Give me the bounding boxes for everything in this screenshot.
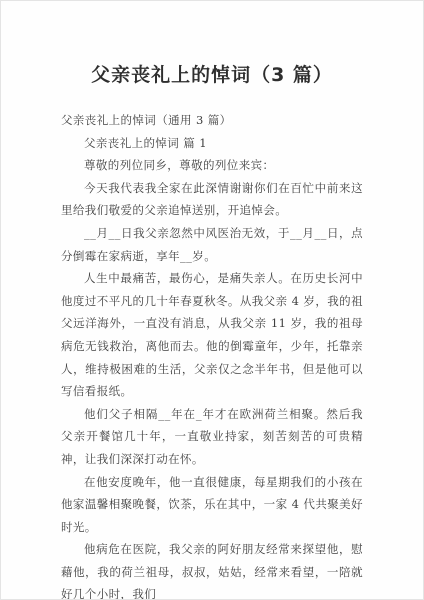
paragraph-subtitle: 父亲丧礼上的悼词（通用 3 篇） [61,109,363,132]
document-body: 父亲丧礼上的悼词（通用 3 篇） 父亲丧礼上的悼词 篇 1 尊敬的列位同乡，尊敬… [61,109,363,600]
paragraph: 他们父子相隔__年在_年才在欧洲荷兰相聚。然后我父亲开餐馆几十年，一直敬业持家，… [61,403,363,471]
paragraph: 今天我代表我全家在此深情谢谢你们在百忙中前来这里给我们敬爱的父亲追悼送别，开追悼… [61,177,363,222]
paragraph: __月__日我父亲忽然中风医治无效，于__月__日，点分倒霉在家病逝，享年__岁… [61,222,363,267]
paragraph: 他病危在医院，我父亲的阿好朋友经常来探望他，慰藉他，我的荷兰祖母，叔叔，姑姑，经… [61,538,363,600]
paragraph-salutation: 尊敬的列位同乡，尊敬的列位来宾： [61,154,363,177]
paragraph-section-heading: 父亲丧礼上的悼词 篇 1 [61,132,363,155]
document-page: 父亲丧礼上的悼词（3 篇） 父亲丧礼上的悼词（通用 3 篇） 父亲丧礼上的悼词 … [0,0,424,600]
page-title: 父亲丧礼上的悼词（3 篇） [1,1,423,88]
paragraph: 在他安度晚年，他一直很健康，每星期我们的小孩在他家温馨相聚晚餐，饮茶，乐在其中，… [61,471,363,539]
paragraph: 人生中最痛苦，最伤心，是痛失亲人。在历史长河中他度过不平凡的几十年春夏秋冬。从我… [61,267,363,403]
